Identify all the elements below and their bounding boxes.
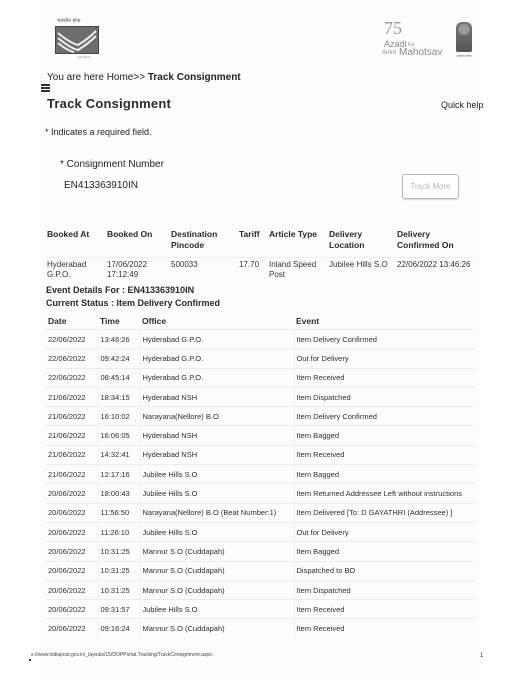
breadcrumb: You are here Home>> Track Consignment: [47, 72, 241, 83]
event-cell-event: Item Bagged: [294, 426, 476, 445]
event-cell-date: 22/06/2022: [46, 349, 98, 368]
summary-delivery-confirmed-on: 22/06/2022 13:46:26: [397, 258, 477, 281]
event-cell-time: 09:42:24: [98, 349, 140, 368]
event-cell-office: Hyderabad G.P.O.: [140, 330, 294, 349]
event-cell-time: 12:17:16: [98, 465, 140, 484]
event-cell-office: Narayana(Nellore) B.O (Beat Number:1): [140, 503, 294, 522]
event-cell-event: Item Bagged: [294, 465, 476, 484]
event-cell-office: Narayana(Nellore) B.O: [140, 407, 294, 426]
event-cell-office: Jubilee Hills S.O: [140, 484, 294, 503]
summary-header-article-type: Article Type: [269, 229, 329, 258]
event-cell-event: Item Dispatched: [294, 580, 476, 599]
table-row: 20/06/202211:26:10Jubilee Hills S.OOut f…: [46, 522, 476, 541]
event-cell-time: 10:31:25: [98, 561, 140, 580]
event-cell-date: 20/06/2022: [46, 542, 98, 561]
summary-header-delivery-location: Delivery Location: [329, 229, 397, 258]
table-row: 20/06/202209:31:57Jubilee Hills S.OItem …: [46, 600, 476, 619]
event-cell-event: Item Received: [294, 445, 476, 464]
event-cell-date: 20/06/2022: [46, 580, 98, 599]
event-cell-date: 20/06/2022: [46, 522, 98, 541]
table-row: 22/06/202213:46:26Hyderabad G.P.O.Item D…: [46, 330, 476, 349]
event-cell-date: 20/06/2022: [46, 503, 98, 522]
event-cell-time: 09:16:24: [98, 619, 140, 638]
summary-header-booked-at: Booked At: [47, 229, 107, 258]
quick-help-link[interactable]: Quick help: [441, 100, 484, 110]
events-table-body: 22/06/202213:46:26Hyderabad G.P.O.Item D…: [46, 330, 476, 638]
breadcrumb-current: Track Consignment: [148, 72, 241, 83]
event-cell-office: Jubilee Hills S.O: [140, 522, 294, 541]
india-post-logo-hindi-text: भारतीय डाक: [57, 18, 80, 24]
summary-booked-on: 17/06/2022 17:12:49: [107, 258, 171, 281]
event-cell-date: 21/06/2022: [46, 465, 98, 484]
event-cell-date: 20/06/2022: [46, 619, 98, 638]
events-header-row: Date Time Office Event: [46, 313, 476, 330]
event-cell-event: Item Dispatched: [294, 387, 476, 406]
summary-header-row: Booked At Booked On Destination Pincode …: [47, 229, 477, 258]
table-row: 20/06/202210:31:25Mannur S.O (Cuddapah)I…: [46, 542, 476, 561]
summary-delivery-location: Jubilee Hills S.O: [329, 258, 397, 281]
event-cell-date: 20/06/2022: [46, 561, 98, 580]
national-emblem-icon: सत्यमेव जयते: [454, 22, 474, 66]
table-row: 20/06/202218:00:43Jubilee Hills S.OItem …: [46, 484, 476, 503]
breadcrumb-prefix: You are here: [47, 72, 107, 83]
footer-bullet: [29, 659, 31, 661]
event-cell-office: Hyderabad NSH: [140, 445, 294, 464]
breadcrumb-home-link[interactable]: Home: [107, 72, 134, 83]
hamburger-menu-icon[interactable]: [41, 84, 50, 92]
table-row: 21/06/202214:32:41Hyderabad NSHItem Rece…: [46, 445, 476, 464]
table-row: 21/06/202212:17:16Jubilee Hills S.OItem …: [46, 465, 476, 484]
table-row: 20/06/202210:31:25Mannur S.O (Cuddapah)I…: [46, 580, 476, 599]
event-cell-date: 21/06/2022: [46, 426, 98, 445]
event-cell-office: Mannur S.O (Cuddapah): [140, 619, 294, 638]
india-post-envelope-icon: [55, 26, 99, 54]
event-cell-event: Dispatched to BO: [294, 561, 476, 580]
required-field-note: * Indicates a required field.: [45, 127, 152, 137]
azadi-logo-line3: Amrit: [382, 50, 396, 56]
table-row: 20/06/202209:16:24Mannur S.O (Cuddapah)I…: [46, 619, 476, 638]
event-cell-date: 20/06/2022: [46, 484, 98, 503]
events-header-event: Event: [294, 313, 476, 330]
event-cell-event: Item Delivery Confirmed: [294, 330, 476, 349]
event-cell-time: 18:34:15: [98, 387, 140, 406]
event-cell-office: Hyderabad NSH: [140, 387, 294, 406]
azadi-logo-line4: Mahotsav: [399, 47, 442, 58]
event-cell-event: Out for Delivery: [294, 522, 476, 541]
emblem-motto: सत्यमेव जयते: [454, 54, 474, 58]
event-cell-office: Hyderabad NSH: [140, 426, 294, 445]
event-cell-event: Item Delivered [To: D GAYATHRI (Addresse…: [294, 503, 476, 522]
event-cell-date: 22/06/2022: [46, 330, 98, 349]
event-cell-office: Hyderabad G.P.O.: [140, 349, 294, 368]
event-cell-event: Item Bagged: [294, 542, 476, 561]
event-cell-office: Hyderabad G.P.O.: [140, 368, 294, 387]
events-header-time: Time: [98, 313, 140, 330]
azadi-ka-amrit-mahotsav-logo: 75 Azadi Ka Amrit Mahotsav: [382, 22, 442, 62]
event-details-table: Date Time Office Event 22/06/202213:46:2…: [46, 313, 476, 638]
event-cell-time: 16:06:05: [98, 426, 140, 445]
summary-header-booked-on: Booked On: [107, 229, 171, 258]
table-row: 20/06/202210:31:25Mannur S.O (Cuddapah)D…: [46, 561, 476, 580]
table-row: 21/06/202216:10:02Narayana(Nellore) B.OI…: [46, 407, 476, 426]
consignment-number-input[interactable]: [64, 180, 184, 191]
event-cell-time: 08:45:14: [98, 368, 140, 387]
event-cell-time: 11:26:10: [98, 522, 140, 541]
event-cell-date: 21/06/2022: [46, 407, 98, 426]
event-cell-event: Item Returned Addressee Left without ins…: [294, 484, 476, 503]
table-row: 20/06/202211:56:50Narayana(Nellore) B.O …: [46, 503, 476, 522]
current-status-heading: Current Status : Item Delivery Confirmed: [46, 298, 220, 308]
event-cell-time: 13:46:26: [98, 330, 140, 349]
event-cell-office: Mannur S.O (Cuddapah): [140, 542, 294, 561]
summary-header-delivery-confirmed-on: Delivery Confirmed On: [397, 229, 477, 258]
event-cell-office: Jubilee Hills S.O: [140, 465, 294, 484]
event-cell-date: 22/06/2022: [46, 368, 98, 387]
event-cell-office: Mannur S.O (Cuddapah): [140, 580, 294, 599]
india-post-logo[interactable]: भारतीय डाक India Post: [55, 18, 97, 62]
event-cell-event: Item Delivery Confirmed: [294, 407, 476, 426]
event-cell-time: 18:00:43: [98, 484, 140, 503]
event-cell-event: Item Received: [294, 600, 476, 619]
summary-booked-at: Hyderabad G.P.O.: [47, 258, 107, 281]
event-cell-event: Item Received: [294, 619, 476, 638]
event-details-heading: Event Details For : EN413363910IN: [46, 285, 194, 295]
table-row: 21/06/202218:34:15Hyderabad NSHItem Disp…: [46, 387, 476, 406]
event-cell-event: Item Received: [294, 368, 476, 387]
event-cell-time: 09:31:57: [98, 600, 140, 619]
event-cell-date: 20/06/2022: [46, 600, 98, 619]
event-cell-time: 10:31:25: [98, 542, 140, 561]
table-row: 22/06/202209:42:24Hyderabad G.P.O.Out fo…: [46, 349, 476, 368]
event-cell-time: 14:32:41: [98, 445, 140, 464]
event-cell-time: 10:31:25: [98, 580, 140, 599]
event-cell-office: Jubilee Hills S.O: [140, 600, 294, 619]
india-post-logo-subtext: India Post: [77, 55, 90, 59]
breadcrumb-separator: >>: [133, 72, 147, 83]
consignment-number-label: * Consignment Number: [60, 159, 164, 170]
event-cell-date: 21/06/2022: [46, 387, 98, 406]
table-row: 21/06/202216:06:05Hyderabad NSHItem Bagg…: [46, 426, 476, 445]
event-cell-time: 11:56:50: [98, 503, 140, 522]
summary-header-tariff: Tariff: [239, 229, 269, 258]
emblem-lion-capital-icon: [456, 22, 472, 52]
azadi-logo-75: 75: [384, 18, 402, 39]
footer-page-url: s://www.indiapost.gov.in/_layouts/15/DOP…: [31, 652, 212, 658]
track-more-button[interactable]: Track More: [402, 174, 459, 199]
event-cell-time: 16:10:02: [98, 407, 140, 426]
events-header-date: Date: [46, 313, 98, 330]
page-title: Track Consignment: [47, 96, 171, 111]
event-cell-office: Mannur S.O (Cuddapah): [140, 561, 294, 580]
table-row: 22/06/202208:45:14Hyderabad G.P.O.Item R…: [46, 368, 476, 387]
page-number: 1: [480, 653, 483, 659]
summary-row: Hyderabad G.P.O. 17/06/2022 17:12:49 500…: [47, 258, 477, 281]
summary-tariff: 17.70: [239, 258, 269, 281]
event-cell-event: Out for Delivery: [294, 349, 476, 368]
summary-header-destination-pincode: Destination Pincode: [171, 229, 239, 258]
events-header-office: Office: [140, 313, 294, 330]
booking-summary-table: Booked At Booked On Destination Pincode …: [47, 229, 477, 280]
summary-article-type: Inland Speed Post: [269, 258, 329, 281]
event-cell-date: 21/06/2022: [46, 445, 98, 464]
summary-destination-pincode: 500033: [171, 258, 239, 281]
